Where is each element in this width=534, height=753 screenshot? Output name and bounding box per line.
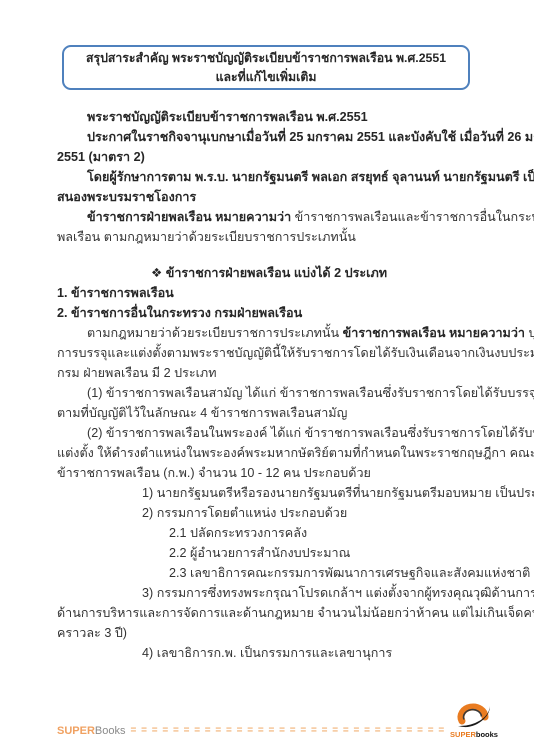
body-text: 2.2 ผู้อำนวยการสำนักงบประมาณ bbox=[169, 546, 350, 560]
text-line: ด้านการบริหารและการจัดการและด้านกฎหมาย จ… bbox=[57, 603, 481, 623]
bold-text: สนองพระบรมราชโองการ bbox=[57, 190, 196, 204]
title-box: สรุปสาระสำคัญ พระราชบัญญัติระเบียบข้าราช… bbox=[62, 45, 470, 90]
footer-brand-books: Books bbox=[95, 725, 126, 737]
text-line: (2) ข้าราชการพลเรือนในพระองค์ ได้แก่ ข้า… bbox=[57, 423, 481, 443]
superbooks-logo: SUPERbooks bbox=[444, 699, 500, 739]
document-page: สรุปสาระสำคัญ พระราชบัญญัติระเบียบข้าราช… bbox=[0, 0, 534, 753]
text-line: 3) กรรมการซึ่งทรงพระกรุณาโปรดเกล้าฯ แต่ง… bbox=[57, 583, 481, 603]
text-line: 2.2 ผู้อำนวยการสำนักงบประมาณ bbox=[57, 543, 481, 563]
section-heading: ❖ ข้าราชการฝ่ายพลเรือน แบ่งได้ 2 ประเภท bbox=[57, 263, 481, 283]
logo-wordmark-super: SUPER bbox=[450, 730, 476, 739]
logo-wordmark: SUPERbooks bbox=[450, 731, 498, 739]
text-line: แต่งตั้ง ให้ดำรงตำแหน่งในพระองค์พระมหากษ… bbox=[57, 443, 481, 463]
bold-text: ข้าราชการพลเรือน หมายความว่า bbox=[343, 326, 525, 340]
text-line: การบรรจุและแต่งตั้งตามพระราชบัญญัตินี้ให… bbox=[57, 343, 481, 363]
text-line: ประกาศในราชกิจจานุเบกษาเมื่อวันที่ 25 มก… bbox=[57, 127, 481, 147]
bold-text: ประกาศในราชกิจจานุเบกษาเมื่อวันที่ 25 มก… bbox=[87, 130, 534, 144]
text-line: 4) เลขาธิการก.พ. เป็นกรรมการและเลขานุการ bbox=[57, 643, 481, 663]
body-text: กรม ฝ่ายพลเรือน มี 2 ประเภท bbox=[57, 366, 217, 380]
text-line: ตามกฎหมายว่าด้วยระเบียบราชการประเภทนั้น … bbox=[57, 323, 481, 343]
text-line: ข้าราชการพลเรือน (ก.พ.) จำนวน 10 - 12 คน… bbox=[57, 463, 481, 483]
page-title: สรุปสาระสำคัญ พระราชบัญญัติระเบียบข้าราช… bbox=[64, 49, 468, 87]
text-line: โดยผู้รักษาการตาม พ.ร.บ. นายกรัฐมนตรี พล… bbox=[57, 167, 481, 187]
swoosh-logo-icon bbox=[454, 699, 494, 731]
body-text: 1) นายกรัฐมนตรีหรือรองนายกรัฐมนตรีที่นาย… bbox=[142, 486, 534, 500]
body-text: ข้าราชการพลเรือนและข้าราชการอื่นในกระทรว… bbox=[291, 210, 534, 224]
body-text: ด้านการบริหารและการจัดการและด้านกฎหมาย จ… bbox=[57, 606, 534, 620]
bold-text: 2. ข้าราชการอื่นในกระทรวง กรมฝ่ายพลเรือน bbox=[57, 306, 302, 320]
page-footer: SUPERBooks = = = = = = = = = = = = = = =… bbox=[57, 723, 500, 737]
text-line: 1) นายกรัฐมนตรีหรือรองนายกรัฐมนตรีที่นาย… bbox=[57, 483, 481, 503]
text-line: 1. ข้าราชการพลเรือน bbox=[57, 283, 481, 303]
body-text: บุคคลซึ่งได้รับ bbox=[525, 326, 534, 340]
bold-text: ❖ ข้าราชการฝ่ายพลเรือน แบ่งได้ 2 ประเภท bbox=[151, 266, 387, 280]
body-text: 3) กรรมการซึ่งทรงพระกรุณาโปรดเกล้าฯ แต่ง… bbox=[142, 586, 534, 600]
text-line: คราวละ 3 ปี) bbox=[57, 623, 481, 643]
text-line: ตามที่บัญญัติไว้ในลักษณะ 4 ข้าราชการพลเร… bbox=[57, 403, 481, 423]
text-line: สนองพระบรมราชโองการ bbox=[57, 187, 481, 207]
bold-text: โดยผู้รักษาการตาม พ.ร.บ. นายกรัฐมนตรี พล… bbox=[87, 170, 534, 184]
text-line: 2.1 ปลัดกระทรวงการคลัง bbox=[57, 523, 481, 543]
body-text: แต่งตั้ง ให้ดำรงตำแหน่งในพระองค์พระมหากษ… bbox=[57, 446, 534, 460]
body-text: ตามกฎหมายว่าด้วยระเบียบราชการประเภทนั้น bbox=[87, 326, 343, 340]
text-line: 2) กรรมการโดยตำแหน่ง ประกอบด้วย bbox=[57, 503, 481, 523]
text-line: กรม ฝ่ายพลเรือน มี 2 ประเภท bbox=[57, 363, 481, 383]
bold-text: พระราชบัญญัติระเบียบข้าราชการพลเรือน พ.ศ… bbox=[87, 110, 368, 124]
body-text: 2.3 เลขาธิการคณะกรรมการพัฒนาการเศรษฐกิจแ… bbox=[169, 566, 530, 580]
body-text: คราวละ 3 ปี) bbox=[57, 626, 127, 640]
body-text: ตามที่บัญญัติไว้ในลักษณะ 4 ข้าราชการพลเร… bbox=[57, 406, 347, 420]
text-line: (1) ข้าราชการพลเรือนสามัญ ได้แก่ ข้าราชก… bbox=[57, 383, 481, 403]
bold-text: 2551 (มาตรา 2) bbox=[57, 150, 145, 164]
body-text: 2.1 ปลัดกระทรวงการคลัง bbox=[169, 526, 307, 540]
text-line: ข้าราชการฝ่ายพลเรือน หมายความว่า ข้าราชก… bbox=[57, 207, 481, 227]
body-text: (2) ข้าราชการพลเรือนในพระองค์ ได้แก่ ข้า… bbox=[87, 426, 534, 440]
text-line: พลเรือน ตามกฎหมายว่าด้วยระเบียบราชการประ… bbox=[57, 227, 481, 247]
body-text: 2) กรรมการโดยตำแหน่ง ประกอบด้วย bbox=[142, 506, 347, 520]
text-line: 2. ข้าราชการอื่นในกระทรวง กรมฝ่ายพลเรือน bbox=[57, 303, 481, 323]
bold-text: ข้าราชการฝ่ายพลเรือน หมายความว่า bbox=[87, 210, 291, 224]
text-line: 2551 (มาตรา 2) bbox=[57, 147, 481, 167]
body-text: พลเรือน ตามกฎหมายว่าด้วยระเบียบราชการประ… bbox=[57, 230, 356, 244]
body-text: ข้าราชการพลเรือน (ก.พ.) จำนวน 10 - 12 คน… bbox=[57, 466, 371, 480]
body-text: (1) ข้าราชการพลเรือนสามัญ ได้แก่ ข้าราชก… bbox=[87, 386, 534, 400]
text-line: 2.3 เลขาธิการคณะกรรมการพัฒนาการเศรษฐกิจแ… bbox=[57, 563, 481, 583]
body-text: การบรรจุและแต่งตั้งตามพระราชบัญญัตินี้ให… bbox=[57, 346, 534, 360]
logo-wordmark-books: books bbox=[476, 730, 498, 739]
bold-text: 1. ข้าราชการพลเรือน bbox=[57, 286, 174, 300]
footer-brand-super: SUPER bbox=[57, 725, 95, 737]
body-text: 4) เลขาธิการก.พ. เป็นกรรมการและเลขานุการ bbox=[142, 646, 392, 660]
document-body: พระราชบัญญัติระเบียบข้าราชการพลเรือน พ.ศ… bbox=[57, 107, 481, 663]
text-line: พระราชบัญญัติระเบียบข้าราชการพลเรือน พ.ศ… bbox=[57, 107, 481, 127]
footer-brand: SUPERBooks bbox=[57, 725, 125, 737]
